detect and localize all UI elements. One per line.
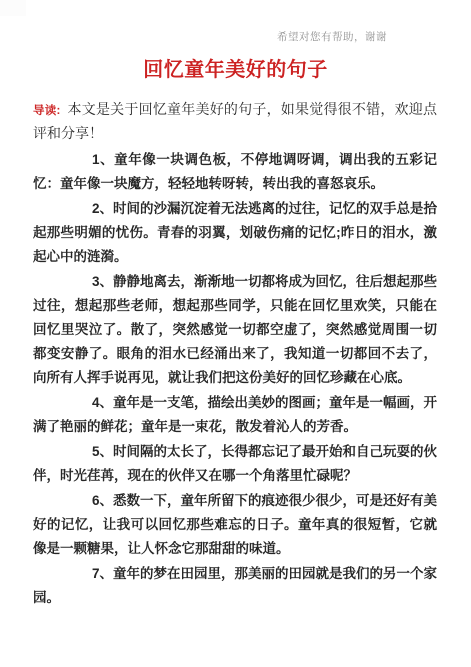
header-note: 希望对您有帮助，谢谢 bbox=[277, 30, 387, 44]
document-page: 希望对您有帮助，谢谢 回忆童年美好的句子 导读:本文是关于回忆童年美好的句子，如… bbox=[0, 0, 471, 667]
intro-paragraph: 导读:本文是关于回忆童年美好的句子，如果觉得很不错，欢迎点评和分享！ bbox=[33, 99, 437, 147]
paragraph: 2、时间的沙漏沉淀着无法逃离的过往，记忆的双手总是拾起那些明媚的忧伤。青春的羽翼… bbox=[33, 197, 437, 269]
scan-artifact bbox=[0, 0, 26, 16]
paragraph: 6、悉数一下，童年所留下的痕迹很少很少，可是还好有美好的记忆，让我可以回忆那些难… bbox=[33, 489, 437, 561]
paragraph: 1、童年像一块调色板，不停地调呀调，调出我的五彩记忆：童年像一块魔方，轻轻地转呀… bbox=[33, 148, 437, 196]
document-body: 导读:本文是关于回忆童年美好的句子，如果觉得很不错，欢迎点评和分享！ 1、童年像… bbox=[33, 99, 437, 610]
paragraph: 7、童年的梦在田园里，那美丽的田园就是我们的另一个家园。 bbox=[33, 562, 437, 610]
intro-label: 导读: bbox=[33, 105, 60, 117]
paragraph-list: 1、童年像一块调色板，不停地调呀调，调出我的五彩记忆：童年像一块魔方，轻轻地转呀… bbox=[33, 148, 437, 610]
paragraph: 4、童年是一支笔，描绘出美妙的图画；童年是一幅画，开满了艳丽的鲜花；童年是一束花… bbox=[33, 391, 437, 439]
page-title: 回忆童年美好的句子 bbox=[0, 57, 471, 83]
paragraph: 3、静静地离去，渐渐地一切都将成为回忆，往后想起那些过往，想起那些老师，想起那些… bbox=[33, 270, 437, 390]
paragraph: 5、时间隔的太长了，长得都忘记了最开始和自己玩耍的伙伴，时光荏苒，现在的伙伴又在… bbox=[33, 440, 437, 488]
intro-text: 本文是关于回忆童年美好的句子，如果觉得很不错，欢迎点评和分享！ bbox=[33, 103, 437, 142]
